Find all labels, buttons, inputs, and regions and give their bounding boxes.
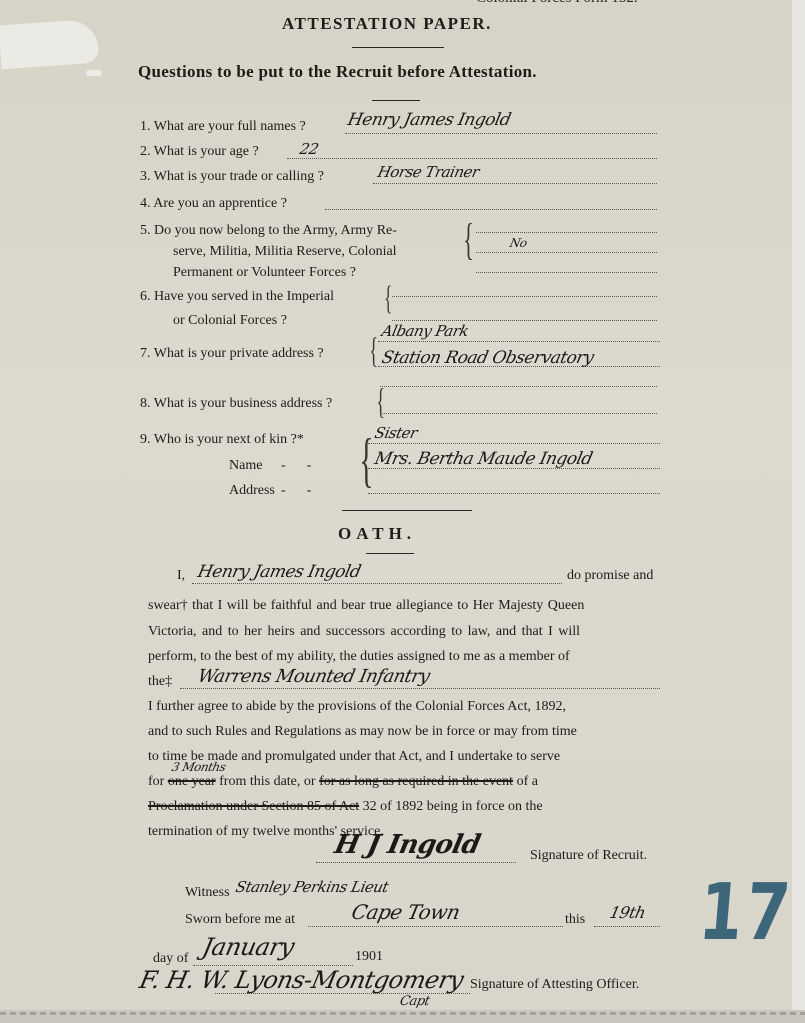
next-of-kin-address-label: Address	[229, 483, 275, 499]
oath-rule	[366, 553, 414, 554]
oath-text: do promise and	[567, 568, 653, 584]
recruit-signature: H J Ingold	[332, 830, 483, 860]
answer-trade: Horse Trainer	[376, 163, 481, 181]
answer-forces-membership: No	[509, 236, 529, 250]
witness-signature: Stanley Perkins Lieut	[234, 878, 390, 896]
brace: {	[384, 282, 392, 316]
question-5: 5. Do you now belong to the Army, Army R…	[140, 220, 397, 283]
answer-line	[345, 133, 657, 134]
question-3: 3. What is your trade or calling ?	[140, 169, 324, 185]
signature-line	[316, 862, 516, 863]
brace: {	[359, 430, 373, 490]
sworn-day: 19th	[608, 903, 647, 922]
oath-recruit-name: Henry James Ingold	[196, 562, 363, 582]
question-1: 1. What are your full names ?	[140, 119, 306, 135]
subtitle-rule	[372, 100, 420, 101]
question-7: 7. What is your private address ?	[140, 346, 324, 362]
section-rule	[342, 510, 472, 511]
paper-stain	[0, 19, 99, 70]
oath-term-line: for one year from this date, or for as l…	[148, 774, 538, 790]
struck-clause: Proclamation under Section 85 of Act	[148, 799, 359, 814]
question-4: 4. Are you an apprentice ?	[140, 196, 287, 212]
blue-crayon-number: 172	[696, 868, 805, 958]
sworn-month: January	[200, 933, 297, 961]
oath-unit: Warrens Mounted Infantry	[196, 666, 432, 687]
brace: {	[369, 332, 378, 368]
answer-age: 22	[298, 140, 320, 158]
answer-next-of-kin-name: Mrs. Bertha Maude Ingold	[373, 449, 594, 469]
question-6: 6. Have you served in the Imperial or Co…	[140, 285, 334, 333]
answer-line	[392, 296, 657, 297]
answer-line	[594, 926, 660, 927]
answer-line	[180, 688, 660, 689]
recruit-signature-label: Signature of Recruit.	[530, 848, 647, 864]
question-8: 8. What is your business address ?	[140, 396, 332, 412]
paper-stain	[86, 70, 102, 76]
answer-private-address-line2: Station Road Observatory	[380, 348, 595, 368]
answer-private-address-line1: Albany Park	[380, 322, 470, 340]
question-9: 9. Who is your next of kin ?*	[140, 432, 304, 448]
next-of-kin-name-label: Name	[229, 458, 262, 474]
attestation-paper: Colonial Forces Form 152. ATTESTATION PA…	[0, 0, 792, 1010]
oath-text: swear† that I will be faithful and bear …	[148, 598, 584, 614]
dash: - -	[281, 458, 311, 474]
sworn-year: 1901	[355, 949, 383, 965]
struck-term: one year	[168, 774, 216, 789]
answer-line	[380, 386, 657, 387]
answer-line	[368, 493, 660, 494]
handwritten-term: 3 Months	[171, 760, 227, 774]
brace: {	[463, 218, 474, 262]
answer-line	[192, 583, 562, 584]
scan-margin	[792, 0, 805, 1023]
sworn-place: Cape Town	[349, 900, 462, 924]
dash: - -	[281, 483, 311, 499]
title-rule	[352, 47, 444, 48]
answer-line	[368, 443, 660, 444]
answer-line	[476, 252, 657, 253]
answer-line	[373, 183, 657, 184]
answer-line	[476, 232, 657, 233]
oath-text: and to such Rules and Regulations as may…	[148, 724, 577, 740]
document-title: ATTESTATION PAPER.	[282, 14, 492, 34]
answer-full-names: Henry James Ingold	[346, 110, 513, 130]
oath-proclamation-line: Proclamation under Section 85 of Act 32 …	[148, 799, 543, 815]
officer-rank: Capt	[398, 994, 430, 1009]
answer-line	[392, 320, 657, 321]
this-label: this	[565, 912, 585, 928]
oath-text: perform, to the best of my ability, the …	[148, 649, 570, 665]
sworn-label: Sworn before me at	[185, 912, 295, 928]
witness-label: Witness	[185, 885, 230, 901]
answer-line	[476, 272, 657, 273]
scan-margin	[0, 1010, 805, 1023]
answer-next-of-kin-relation: Sister	[373, 424, 419, 442]
document-subtitle: Questions to be put to the Recruit befor…	[138, 62, 537, 82]
answer-line	[378, 341, 660, 342]
oath-text: the‡	[148, 674, 172, 690]
oath-text: Victoria, and to her heirs and successor…	[148, 624, 580, 640]
form-number: Colonial Forces Form 152.	[476, 0, 638, 7]
officer-signature: F. H. W. Lyons-Montgomery	[137, 966, 466, 994]
answer-line	[287, 158, 657, 159]
oath-text: I further agree to abide by the provisio…	[148, 699, 566, 715]
oath-prefix: I,	[177, 568, 185, 584]
answer-line	[308, 926, 563, 927]
day-of-label: day of	[153, 951, 188, 967]
struck-clause: for as long as required in the event	[319, 774, 513, 789]
question-2: 2. What is your age ?	[140, 144, 259, 160]
officer-signature-label: Signature of Attesting Officer.	[470, 977, 639, 993]
answer-line	[325, 209, 657, 210]
oath-title: OATH.	[338, 524, 416, 544]
answer-line	[380, 413, 657, 414]
